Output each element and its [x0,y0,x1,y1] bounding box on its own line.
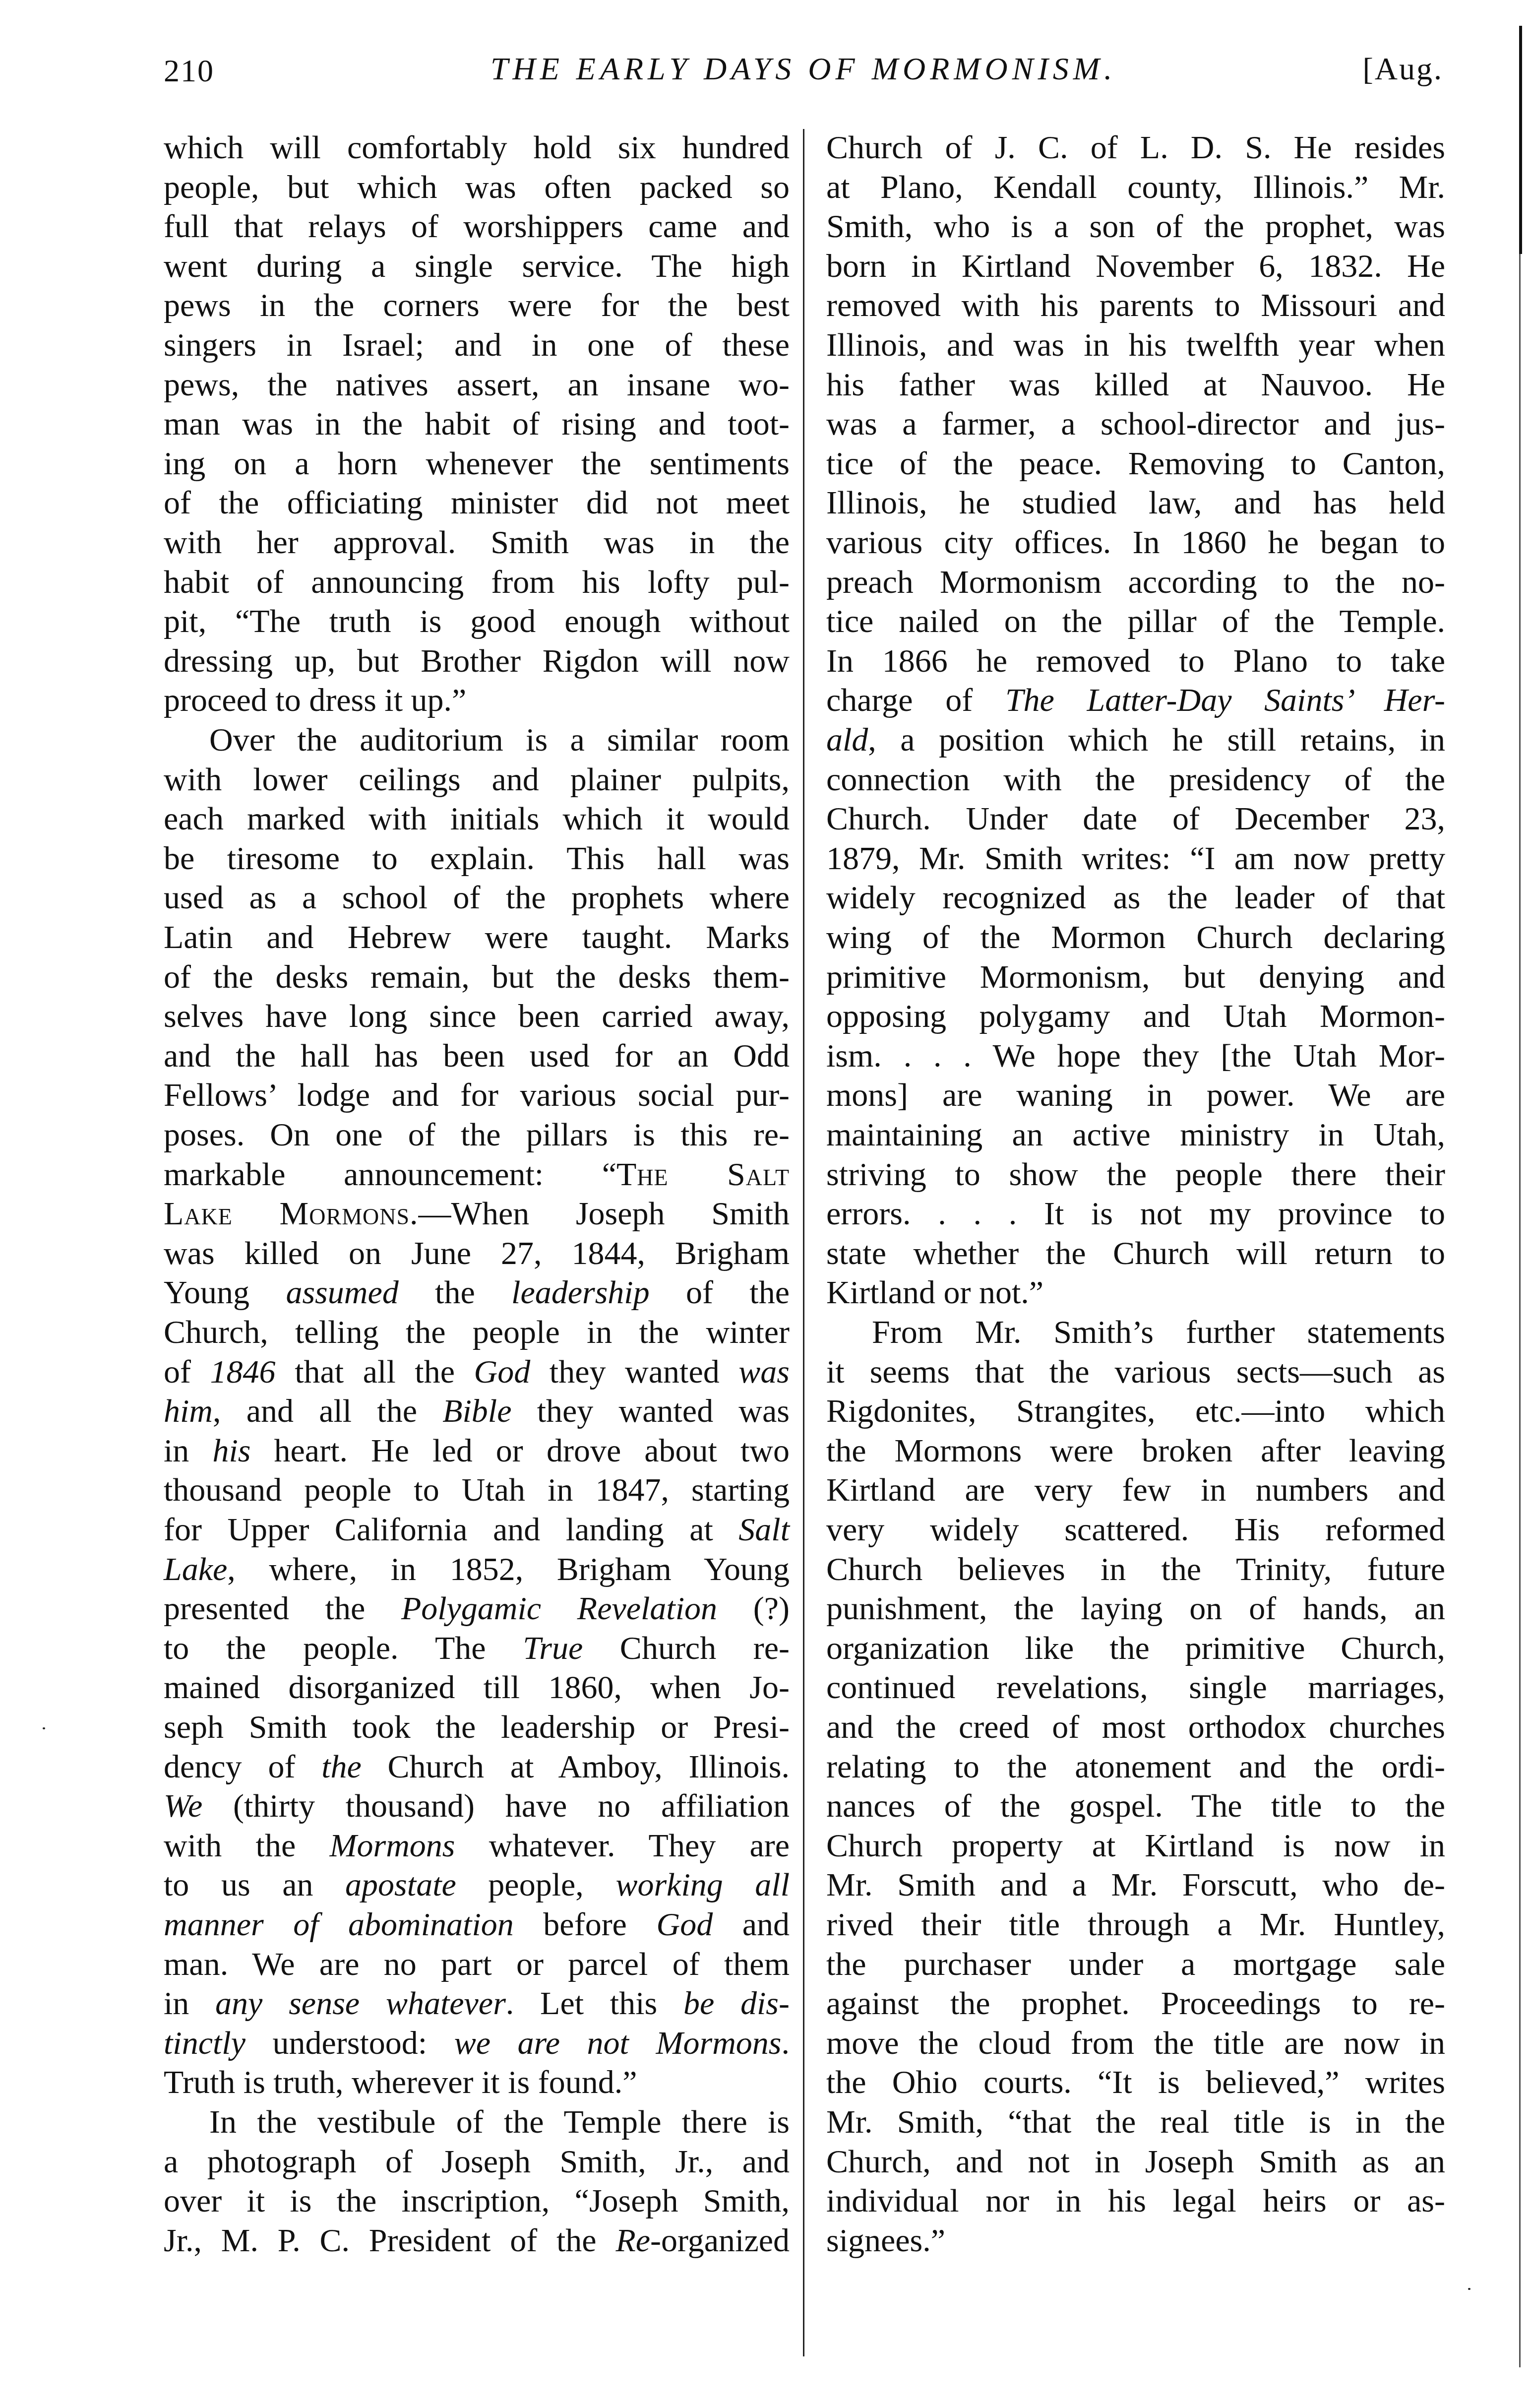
text-line: pit, “The truth is good enough without [164,602,790,641]
text-line: widely recognized as the leader of that [826,878,1445,918]
text-run: Church believes in the Trinity, future [826,1551,1445,1587]
text-run: tice nailed on the pillar of the Temple. [826,603,1445,639]
text-run: In 1866 he removed to Plano to take [826,643,1445,679]
text-run: ism. . . . We hope they [the Utah Mor- [826,1038,1445,1074]
text-line: a photograph of Joseph Smith, Jr., and [164,2142,790,2182]
text-run: singers in Israel; and in one of these [164,327,790,363]
text-line: seph Smith took the leadership or Presi- [164,1708,790,1747]
text-run: his father was killed at Nauvoo. He [826,367,1445,403]
text-line: singers in Israel; and in one of these [164,325,790,365]
text-run: man. We are no part or parcel of them [164,1946,790,1982]
italic-run: leadership [511,1274,650,1311]
text-run: heart. He led or drove about two [250,1433,790,1469]
text-line: dressing up, but Brother Rigdon will now [164,641,790,681]
text-line: individual nor in his legal heirs or as- [826,2181,1445,2221]
text-line: over it is the inscription, “Joseph Smit… [164,2181,790,2221]
text-line: manner of abomination before God and [164,1905,790,1945]
text-line: tinctly understood: we are not Mormons. [164,2024,790,2063]
italic-run: Bible [442,1393,511,1429]
text-line: selves have long since been carried away… [164,997,790,1036]
text-line: ism. . . . We hope they [the Utah Mor- [826,1036,1445,1076]
text-run: whatever. They are [455,1828,790,1864]
text-line: Kirtland or not.” [826,1273,1445,1313]
text-run: to the people. The [164,1630,523,1666]
italic-run: True [523,1630,583,1666]
text-run: poses. On one of the pillars is this re- [164,1117,790,1153]
text-run: wing of the Mormon Church declaring [826,919,1445,955]
text-run: preach Mormonism according to the no- [826,564,1445,600]
text-line: the Ohio courts. “It is believed,” write… [826,2063,1445,2102]
text-line: was killed on June 27, 1844, Brigham [164,1234,790,1273]
text-run: pews in the corners were for the best [164,287,790,323]
text-run: —When Joseph Smith [419,1196,790,1232]
text-line: be tiresome to explain. This hall was [164,839,790,879]
text-run: widely recognized as the leader of that [826,880,1445,916]
text-line: Smith, who is a son of the prophet, was [826,207,1445,247]
text-line: continued revelations, single marriages, [826,1668,1445,1708]
text-line: Over the auditorium is a similar room [164,720,790,760]
text-line: Church, and not in Joseph Smith as an [826,2142,1445,2182]
text-run: to us an [164,1867,345,1903]
italic-run: apostate [345,1867,456,1903]
text-line: Truth is truth, wherever it is found.” [164,2063,790,2102]
small-caps-run: The Salt [616,1156,790,1193]
text-run: thousand people to Utah in 1847, startin… [164,1472,790,1508]
text-line: state whether the Church will return to [826,1234,1445,1273]
text-run: punishment, the laying on of hands, an [826,1590,1445,1627]
text-run: Fellows’ lodge and for various social pu… [164,1077,790,1113]
italic-run: was [738,1354,790,1390]
italic-run: We [164,1788,202,1824]
text-line: man. We are no part or parcel of them [164,1945,790,1984]
text-run: people, [456,1867,616,1903]
text-line: various city offices. In 1860 he began t… [826,523,1445,563]
text-run: individual nor in his legal heirs or as- [826,2183,1445,2219]
text-run: of the desks remain, but the desks them- [164,959,790,995]
text-line: pews, the natives assert, an insane wo- [164,365,790,405]
text-line: organization like the primitive Church, [826,1629,1445,1668]
text-line: Illinois, and was in his twelfth year wh… [826,325,1445,365]
text-line: in any sense whatever. Let this be dis- [164,1984,790,2024]
italic-run: Re [615,2222,650,2259]
italic-run: his [212,1433,250,1469]
text-run: pit, “The truth is good enough without [164,603,790,639]
text-run: the [399,1274,511,1311]
text-run: habit of announcing from his lofty pul- [164,564,790,600]
text-run: man was in the habit of rising and toot- [164,406,790,442]
italic-run: assumed [286,1274,398,1311]
text-run: opposing polygamy and Utah Mormon- [826,998,1445,1034]
text-line: Rigdonites, Strangites, etc.—into which [826,1392,1445,1431]
text-run: Smith, who is a son of the prophet, was [826,208,1445,245]
text-run: Church re- [583,1630,790,1666]
column-divider [803,129,804,2356]
text-line: move the cloud from the title are now in [826,2024,1445,2063]
text-line: him, and all the Bible they wanted was [164,1392,790,1431]
text-run: full that relays of worshippers came and [164,208,790,245]
text-run: Truth is truth, wherever it is found.” [164,2064,637,2100]
text-line: at Plano, Kendall county, Illinois.” Mr. [826,168,1445,207]
text-run: for Upper California and landing at [164,1512,738,1548]
text-run: signees.” [826,2222,945,2259]
italic-run: we are not Mormons [454,2025,782,2061]
text-line: charge of The Latter-Day Saints’ Her- [826,681,1445,720]
text-line: his father was killed at Nauvoo. He [826,365,1445,405]
text-run: in [164,1433,212,1469]
text-run: Church, and not in Joseph Smith as an [826,2144,1445,2180]
binding-edge-rule [1519,26,1522,254]
binding-edge-rule-lower [1519,254,1521,2367]
text-run: (?) [717,1590,790,1627]
text-run: organization like the primitive Church, [826,1630,1445,1666]
text-line: was a farmer, a school-director and jus- [826,404,1445,444]
text-run: be tiresome to explain. This hall was [164,840,790,877]
italic-run: manner of abomination [164,1906,514,1943]
text-line: tice of the peace. Removing to Canton, [826,444,1445,484]
text-line: nances of the gospel. The title to the [826,1786,1445,1826]
text-run: 1879, Mr. Smith writes: “I am now pretty [826,840,1445,877]
text-line: full that relays of worshippers came and [164,207,790,247]
text-line: the purchaser under a mortgage sale [826,1945,1445,1984]
text-line: to the people. The True Church re- [164,1629,790,1668]
text-run: continued revelations, single marriages, [826,1669,1445,1706]
scan-speck [43,1727,45,1729]
text-run: Mr. Smith, “that the real title is in th… [826,2104,1445,2140]
text-run: with her approval. Smith was in the [164,524,790,561]
text-line: which will comfortably hold six hundred [164,128,790,168]
text-line: thousand people to Utah in 1847, startin… [164,1470,790,1510]
text-line: connection with the presidency of the [826,760,1445,800]
text-run: Jr., M. P. C. President of the [164,2222,615,2259]
running-header: 210 THE EARLY DAYS OF MORMONISM. [Aug. [164,44,1443,88]
text-run: Kirtland are very few in numbers and [826,1472,1445,1508]
text-run: of the [650,1274,790,1311]
text-run: From Mr. Smith’s further statements [872,1314,1445,1350]
text-run: selves have long since been carried away… [164,998,790,1034]
text-line: people, but which was often packed so [164,168,790,207]
text-line: with the Mormons whatever. They are [164,1826,790,1866]
text-run: Latin and Hebrew were taught. Marks [164,919,790,955]
text-run: Church property at Kirtland is now in [826,1828,1445,1864]
text-line: Illinois, he studied law, and has held [826,483,1445,523]
text-run: very widely scattered. His reformed [826,1512,1445,1548]
text-line: 1879, Mr. Smith writes: “I am now pretty [826,839,1445,879]
text-line: mons] are waning in power. We are [826,1076,1445,1115]
text-line: preach Mormonism according to the no- [826,563,1445,602]
text-run: (thirty thousand) have no affiliation [202,1788,790,1824]
text-run: proceed to dress it up.” [164,682,466,718]
text-run: they wanted [530,1354,738,1390]
text-run: rived their title through a Mr. Huntley, [826,1906,1445,1943]
italic-run: Mormons [330,1828,455,1864]
text-run: born in Kirtland November 6, 1832. He [826,248,1445,284]
text-run: Illinois, he studied law, and has held [826,485,1445,521]
text-run: removed with his parents to Missouri and [826,287,1445,323]
text-run: In the vestibule of the Temple there is [209,2104,790,2140]
text-run: in [164,1985,215,2022]
small-caps-run: Lake Mormons. [164,1196,419,1232]
text-run: striving to show the people there their [826,1156,1445,1193]
italic-run: Salt [738,1512,790,1548]
text-line: the Mormons were broken after leaving [826,1431,1445,1471]
text-run: of the officiating minister did not meet [164,485,790,521]
text-line: We (thirty thousand) have no affiliation [164,1786,790,1826]
text-line: against the prophet. Proceedings to re- [826,1984,1445,2024]
text-run: various city offices. In 1860 he began t… [826,524,1445,561]
text-run: , where, in 1852, Brigham Young [227,1551,790,1587]
text-line: opposing polygamy and Utah Mormon- [826,997,1445,1036]
text-line: Church of J. C. of L. D. S. He resides [826,128,1445,168]
text-run: Young [164,1274,286,1311]
text-line: of the officiating minister did not meet [164,483,790,523]
text-run: understood: [245,2025,454,2061]
text-run: against the prophet. Proceedings to re- [826,1985,1445,2022]
text-run: and the creed of most orthodox churches [826,1709,1445,1745]
text-line: tice nailed on the pillar of the Temple. [826,602,1445,641]
italic-run: any sense whatever [215,1985,506,2022]
text-run: connection with the presidency of the [826,761,1445,798]
italic-run: tinctly [164,2025,245,2061]
text-run: Church at Amboy, Illinois. [362,1749,790,1785]
text-run: used as a school of the prophets where [164,880,790,916]
text-line: and the creed of most orthodox churches [826,1708,1445,1747]
text-line: signees.” [826,2221,1445,2261]
text-line: Kirtland are very few in numbers and [826,1470,1445,1510]
text-run: Kirtland or not.” [826,1274,1043,1311]
text-line: errors. . . . It is not my province to [826,1194,1445,1234]
text-run: move the cloud from the title are now in [826,2025,1445,2061]
text-line: Lake Mormons.—When Joseph Smith [164,1194,790,1234]
text-line: with her approval. Smith was in the [164,523,790,563]
text-run: . Let this [506,1985,683,2022]
text-run: charge of [826,682,1005,718]
text-run: Church. Under date of December 23, [826,801,1445,837]
text-line: dency of the Church at Amboy, Illinois. [164,1747,790,1787]
text-run: Over the auditorium is a similar room [209,722,790,758]
running-month: [Aug. [1362,51,1443,87]
text-line: poses. On one of the pillars is this re- [164,1115,790,1155]
text-run: ing on a horn whenever the sentiments [164,445,790,482]
text-line: Lake, where, in 1852, Brigham Young [164,1550,790,1589]
text-line: Young assumed the leadership of the [164,1273,790,1313]
text-run: they wanted was [512,1393,790,1429]
scan-speck [1468,2288,1470,2290]
text-run: -organized [650,2222,790,2259]
italic-run: be dis- [683,1985,790,2022]
text-line: Church, telling the people in the winter [164,1313,790,1352]
text-line: rived their title through a Mr. Huntley, [826,1905,1445,1945]
text-run: and [713,1906,790,1943]
text-line: of 1846 that all the God they wanted was [164,1352,790,1392]
text-line: it seems that the various sects—such as [826,1352,1445,1392]
text-line: used as a school of the prophets where [164,878,790,918]
text-run: was killed on June 27, 1844, Brigham [164,1235,790,1271]
text-line: wing of the Mormon Church declaring [826,918,1445,957]
text-line: primitive Mormonism, but denying and [826,957,1445,997]
text-run: state whether the Church will return to [826,1235,1445,1271]
text-run: the purchaser under a mortgage sale [826,1946,1445,1982]
text-run: Church of J. C. of L. D. S. He resides [826,129,1445,166]
text-run: errors. . . . It is not my province to [826,1196,1445,1232]
text-run: . [781,2025,790,2061]
text-run: pews, the natives assert, an insane wo- [164,367,790,403]
text-run: and the hall has been used for an Odd [164,1038,790,1074]
text-line: proceed to dress it up.” [164,681,790,720]
text-line: went during a single service. The high [164,247,790,286]
text-run: with lower ceilings and plainer pulpits, [164,761,790,798]
text-run: primitive Mormonism, but denying and [826,959,1445,995]
text-run: a photograph of Joseph Smith, Jr., and [164,2144,790,2180]
text-run: mained disorganized till 1860, when Jo- [164,1669,790,1706]
text-run: relating to the atonement and the ordi- [826,1749,1445,1785]
text-run: before [514,1906,657,1943]
text-line: each marked with initials which it would [164,799,790,839]
text-run: at Plano, Kendall county, Illinois.” Mr. [826,169,1445,205]
text-line: man was in the habit of rising and toot- [164,404,790,444]
text-line: habit of announcing from his lofty pul- [164,563,790,602]
text-line: markable announcement: “The Salt [164,1155,790,1195]
text-line: with lower ceilings and plainer pulpits, [164,760,790,800]
text-run: people, but which was often packed so [164,169,790,205]
text-line: of the desks remain, but the desks them- [164,957,790,997]
text-run: mons] are waning in power. We are [826,1077,1445,1113]
text-line: Mr. Smith, “that the real title is in th… [826,2102,1445,2142]
text-line: ing on a horn whenever the sentiments [164,444,790,484]
text-run: was a farmer, a school-director and jus- [826,406,1445,442]
text-line: In the vestibule of the Temple there is [164,2102,790,2142]
text-run: dency of [164,1749,321,1785]
italic-run: 1846 [210,1354,276,1390]
text-run: over it is the inscription, “Joseph Smit… [164,2183,790,2219]
text-line: to us an apostate people, working all [164,1865,790,1905]
text-run: markable announcement: “ [164,1156,616,1193]
text-line: presented the Polygamic Revelation (?) [164,1589,790,1629]
text-run: dressing up, but Brother Rigdon will now [164,643,790,679]
text-line: mained disorganized till 1860, when Jo- [164,1668,790,1708]
text-line: In 1866 he removed to Plano to take [826,641,1445,681]
text-run: it seems that the various sects—such as [826,1354,1445,1390]
text-run: tice of the peace. Removing to Canton, [826,445,1445,482]
text-run: seph Smith took the leadership or Presi- [164,1709,790,1745]
text-run: Illinois, and was in his twelfth year wh… [826,327,1445,363]
text-run: Church, telling the people in the winter [164,1314,790,1350]
text-run: Mr. Smith and a Mr. Forscutt, who de- [826,1867,1445,1903]
italic-run: God [474,1354,531,1390]
text-line: ald, a position which he still retains, … [826,720,1445,760]
italic-run: the [321,1749,362,1785]
text-run: presented the [164,1590,401,1627]
text-line: striving to show the people there their [826,1155,1445,1195]
text-line: pews in the corners were for the best [164,286,790,325]
text-line: in his heart. He led or drove about two [164,1431,790,1471]
text-run: that all the [276,1354,474,1390]
text-line: Church believes in the Trinity, future [826,1550,1445,1589]
text-line: very widely scattered. His reformed [826,1510,1445,1550]
text-run: the Mormons were broken after leaving [826,1433,1445,1469]
italic-run: working all [615,1867,790,1903]
text-run: each marked with initials which it would [164,801,790,837]
text-line: maintaining an active ministry in Utah, [826,1115,1445,1155]
text-run: with the [164,1828,330,1864]
text-line: Jr., M. P. C. President of the Re-organi… [164,2221,790,2261]
text-run: which will comfortably hold six hundred [164,129,790,166]
text-line: Latin and Hebrew were taught. Marks [164,918,790,957]
text-line: and the hall has been used for an Odd [164,1036,790,1076]
text-line: born in Kirtland November 6, 1832. He [826,247,1445,286]
text-line: Church. Under date of December 23, [826,799,1445,839]
book-page: 210 THE EARLY DAYS OF MORMONISM. [Aug. w… [0,0,1531,2408]
text-run: , a position which he still retains, in [868,722,1445,758]
text-run: , and all the [213,1393,442,1429]
italic-run: him [164,1393,213,1429]
italic-run: Polygamic Revelation [401,1590,717,1627]
italic-run: The Latter-Day Saints’ Her- [1005,682,1445,718]
text-run: went during a single service. The high [164,248,790,284]
text-line: removed with his parents to Missouri and [826,286,1445,325]
text-line: punishment, the laying on of hands, an [826,1589,1445,1629]
italic-run: Lake [164,1551,227,1587]
text-line: Mr. Smith and a Mr. Forscutt, who de- [826,1865,1445,1905]
running-title: THE EARLY DAYS OF MORMONISM. [164,51,1443,87]
text-line: From Mr. Smith’s further statements [826,1313,1445,1352]
text-run: nances of the gospel. The title to the [826,1788,1445,1824]
text-run: Rigdonites, Strangites, etc.—into which [826,1393,1445,1429]
text-line: for Upper California and landing at Salt [164,1510,790,1550]
text-line: Church property at Kirtland is now in [826,1826,1445,1866]
text-line: relating to the atonement and the ordi- [826,1747,1445,1787]
italic-run: God [656,1906,713,1943]
text-line: Fellows’ lodge and for various social pu… [164,1076,790,1115]
text-run: the Ohio courts. “It is believed,” write… [826,2064,1445,2100]
text-run: of [164,1354,210,1390]
italic-run: ald [826,722,868,758]
text-run: maintaining an active ministry in Utah, [826,1117,1445,1153]
